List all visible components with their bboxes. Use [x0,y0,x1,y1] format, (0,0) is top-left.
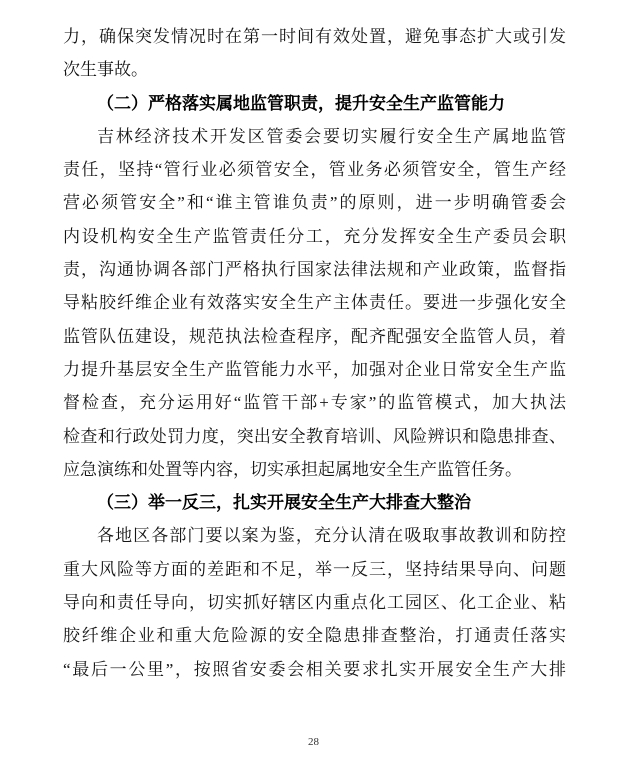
text-line: 各地区各部门要以案为鉴，充分认清在吸取事故教训和防控 [63,519,566,552]
text-line: 应急演练和处置等内容，切实承担起属地安全生产监管任务。 [63,453,566,486]
text-line: 导粘胶纤维企业有效落实安全生产主体责任。要进一步强化安全 [63,286,566,319]
text-line: 检查和行政处罚力度，突出安全教育培训、风险辨识和隐患排查、 [63,420,566,453]
text-line: 力，确保突发情况时在第一时间有效处置，避免事态扩大或引发 [63,20,566,53]
text-line: 吉林经济技术开发区管委会要切实履行安全生产属地监管 [63,120,566,153]
document-body: 力，确保突发情况时在第一时间有效处置，避免事态扩大或引发次生事故。（二）严格落实… [63,20,566,686]
document-page-background: { "document": { "blocks": [ { "type": "p… [0,0,627,775]
section-heading: （三）举一反三，扎实开展安全生产大排查大整治 [63,486,566,519]
text-line: “最后一公里”，按照省安委会相关要求扎实开展安全生产大排 [63,653,566,686]
text-line: 次生事故。 [63,53,566,86]
text-line: 导向和责任导向，切实抓好辖区内重点化工园区、化工企业、粘 [63,586,566,619]
text-line: 重大风险等方面的差距和不足，举一反三，坚持结果导向、问题 [63,553,566,586]
text-line: 胶纤维企业和重大危险源的安全隐患排查整治，打通责任落实 [63,619,566,652]
page-number: 28 [0,736,627,748]
text-line: 监管队伍建设，规范执法检查程序，配齐配强安全监管人员，着 [63,320,566,353]
text-line: 营必须管安全”和“谁主管谁负责”的原则，进一步明确管委会 [63,186,566,219]
document-page: 力，确保突发情况时在第一时间有效处置，避免事态扩大或引发次生事故。（二）严格落实… [0,0,627,775]
text-line: 力提升基层安全生产监管能力水平，加强对企业日常安全生产监 [63,353,566,386]
text-line: 责任，坚持“管行业必须管安全，管业务必须管安全，管生产经 [63,153,566,186]
text-line: 责，沟通协调各部门严格执行国家法律法规和产业政策，监督指 [63,253,566,286]
section-heading: （二）严格落实属地监管职责，提升安全生产监管能力 [63,87,566,120]
text-line: 督检查，充分运用好“监管干部+专家”的监管模式，加大执法 [63,386,566,419]
text-line: 内设机构安全生产监管责任分工，充分发挥安全生产委员会职 [63,220,566,253]
